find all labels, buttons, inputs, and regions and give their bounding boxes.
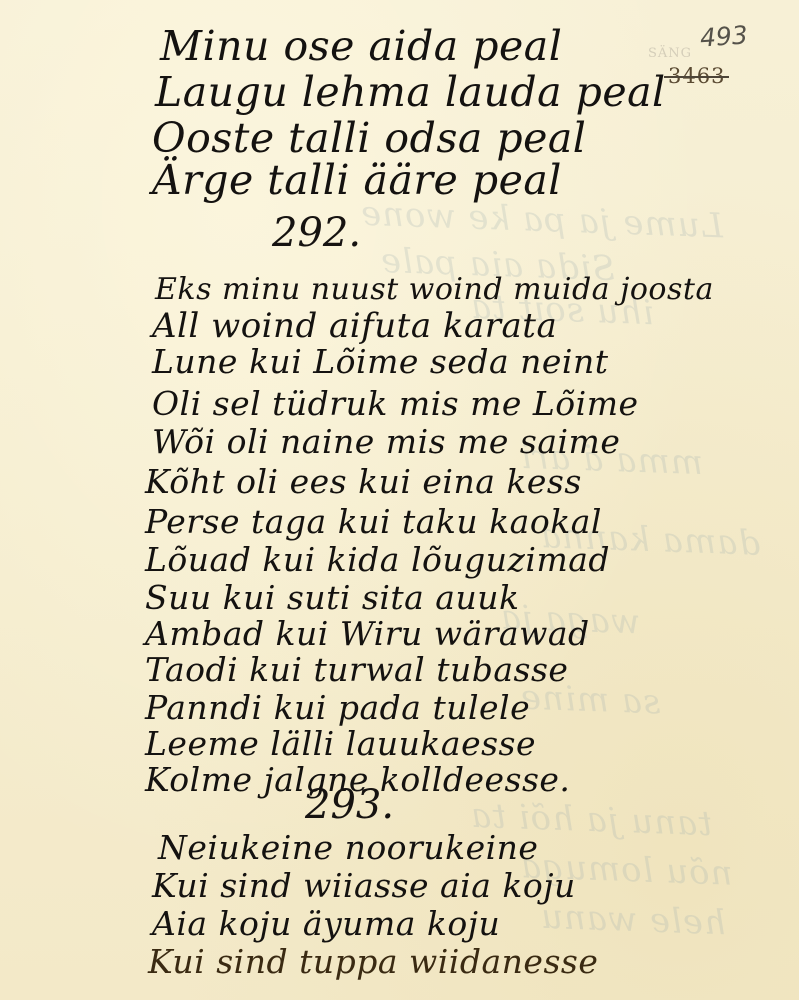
verse-line: Laugu lehma lauda peal	[155, 68, 666, 116]
song-number: 293.	[305, 782, 394, 828]
verse-line: Oli sel tüdruk mis me Lõime	[152, 384, 639, 423]
verse-line: Leeme lälli lauukaesse	[145, 724, 536, 763]
verse-line: Aia koju äyuma koju	[152, 904, 500, 943]
struck-old-number: 3463	[668, 64, 725, 88]
verse-line: Ärge talli ääre peal	[152, 156, 562, 204]
verse-line: Kõht oli ees kui eina kess	[145, 462, 582, 501]
verse-line: Minu ose aida peal	[160, 22, 562, 70]
verse-line: Ambad kui Wiru wärawad	[145, 614, 590, 653]
verse-line: Taodi kui turwal tubasse	[145, 650, 568, 689]
verse-line: Lõuad kui kida lõuguzimad	[145, 540, 610, 579]
verse-line: Kui sind wiiasse aia koju	[152, 866, 576, 905]
song-number: 292.	[272, 210, 361, 256]
faint-archive-stamp: SÄNG	[648, 46, 692, 61]
verse-line: Suu kui suti sita auuk	[145, 578, 519, 617]
verse-line: Perse taga kui taku kaokal	[145, 502, 602, 541]
verse-line: Ooste talli odsa peal	[152, 114, 586, 162]
page-number-pencil: 493	[699, 20, 749, 52]
verse-line: Neiukeine noorukeine	[158, 828, 538, 867]
verse-line: Lune kui Lõime seda neint	[152, 342, 609, 381]
verse-line: Eks minu nuust woind muida joosta	[155, 272, 714, 307]
verse-line: Wõi oli naine mis me saime	[152, 422, 620, 461]
verse-line: Kui sind tuppa wiidanesse	[148, 942, 598, 981]
verse-line: All woind aifuta karata	[152, 306, 557, 346]
verse-line: Panndi kui pada tulele	[145, 688, 530, 727]
manuscript-page: Lume ja pa ke wone Sida aia pale ihu sõi…	[0, 0, 799, 1000]
